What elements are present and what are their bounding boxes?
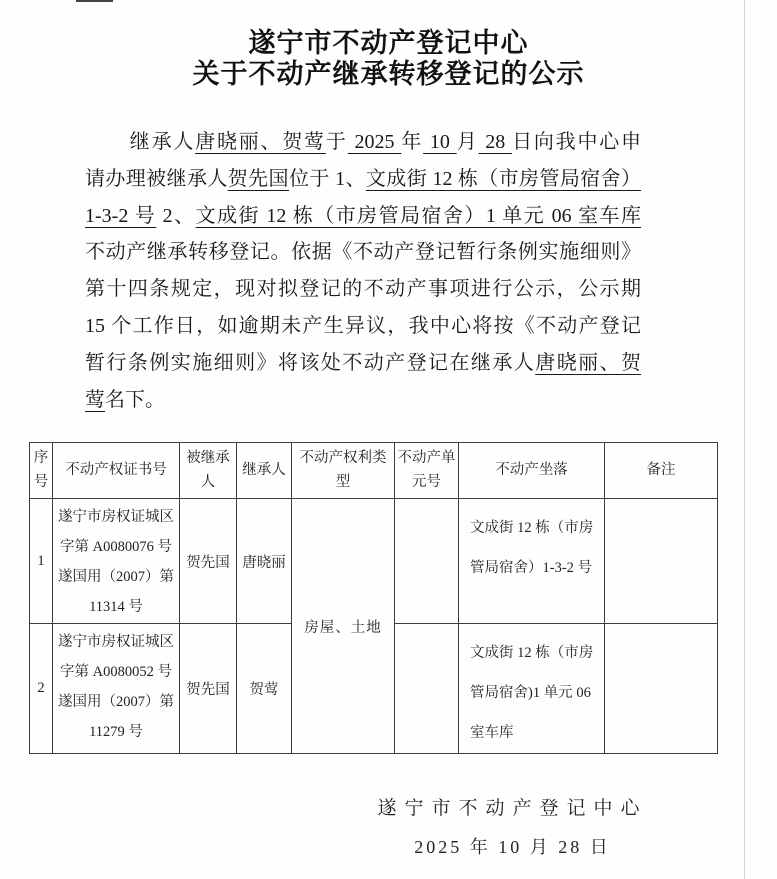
signature-organization: 遂宁市不动产登记中心 xyxy=(300,796,725,822)
title-line-2: 关于不动产继承转移登记的公示 xyxy=(0,59,777,90)
cell-heir: 唐晓丽 xyxy=(237,499,292,624)
certificate-line: 遂国用（2007）第 xyxy=(53,562,179,592)
signature-date: 2025 年 10 月 28 日 xyxy=(300,833,725,859)
table-header-row: 序号 不动产权证书号 被继承人 继承人 不动产权利类型 不动产单元号 不动产坐落… xyxy=(30,443,718,499)
text-segment: 于 xyxy=(326,131,348,153)
header-serial-no: 序号 xyxy=(30,443,53,499)
location-line: 室车库 xyxy=(470,713,600,753)
cell-certificate-no: 遂宁市房权证城区 字第 A0080076 号 遂国用（2007）第 11314 … xyxy=(53,499,180,624)
location-line: 文成街 12 栋（市房 xyxy=(470,508,600,548)
underlined-month: 10 xyxy=(423,131,457,153)
cell-heir: 贺莺 xyxy=(237,624,292,754)
text-segment: 继承人 xyxy=(128,131,195,153)
cell-remark xyxy=(605,624,718,754)
scan-artifact-fold-line xyxy=(744,0,745,879)
cell-unit-no xyxy=(395,624,459,754)
cell-remark xyxy=(605,499,718,624)
header-decedent: 被继承人 xyxy=(180,443,237,499)
underlined-heir-names: 唐晓丽、贺莺 xyxy=(195,131,326,153)
paragraph-line-8: 莺名下。 xyxy=(85,382,641,419)
title-line-1: 遂宁市不动产登记中心 xyxy=(0,28,777,59)
location-line: 管局宿舍）1-3-2 号 xyxy=(470,548,600,588)
underlined-day: 28 xyxy=(479,131,513,153)
cell-decedent: 贺先国 xyxy=(180,624,237,754)
cell-serial-no: 2 xyxy=(30,624,53,754)
paragraph-line-2: 请办理被继承人贺先国位于 1、文成街 12 栋（市房管局宿舍） xyxy=(85,161,641,198)
paragraph-line-6: 15 个工作日，如逾期未产生异议，我中心将按《不动产登记 xyxy=(85,308,641,345)
text-segment: 2、 xyxy=(156,205,195,227)
header-location: 不动产坐落 xyxy=(459,443,605,499)
document-title: 遂宁市不动产登记中心 关于不动产继承转移登记的公示 xyxy=(0,28,777,90)
certificate-line: 字第 A0080076 号 xyxy=(53,532,179,562)
table-row: 1 遂宁市房权证城区 字第 A0080076 号 遂国用（2007）第 1131… xyxy=(30,499,718,624)
header-heir: 继承人 xyxy=(237,443,292,499)
certificate-line: 11279 号 xyxy=(53,717,179,747)
location-line: 文成街 12 栋（市房 xyxy=(470,633,600,673)
cell-unit-no xyxy=(395,499,459,624)
text-segment: 第十四条规定，现对拟登记的不动产事项进行公示，公示期 xyxy=(85,278,641,300)
certificate-line: 11314 号 xyxy=(53,592,179,622)
cell-location: 文成街 12 栋（市房 管局宿舍）1-3-2 号 xyxy=(459,499,605,624)
underlined-heir-names-2: 唐晓丽、贺 xyxy=(535,352,641,374)
certificate-line: 字第 A0080052 号 xyxy=(53,657,179,687)
text-segment: 暂行条例实施细则》将该处不动产登记在继承人 xyxy=(85,352,535,374)
paragraph-line-3: 1-3-2 号 2、文成街 12 栋（市房管局宿舍）1 单元 06 室车库 xyxy=(85,198,641,235)
notice-paragraph: 继承人唐晓丽、贺莺于 2025 年 10 月 28 日向我中心申 请办理被继承人… xyxy=(85,124,641,418)
paragraph-line-4: 不动产继承转移登记。依据《不动产登记暂行条例实施细则》 xyxy=(85,234,641,271)
header-certificate-no: 不动产权证书号 xyxy=(53,443,180,499)
text-segment: 月 xyxy=(457,131,479,153)
location-line: 管局宿舍)1 单元 06 xyxy=(470,673,600,713)
text-segment: 日向我中心申 xyxy=(512,131,641,153)
text-segment: 不动产继承转移登记。依据《不动产登记暂行条例实施细则》 xyxy=(85,241,641,263)
paragraph-line-5: 第十四条规定，现对拟登记的不动产事项进行公示，公示期 xyxy=(85,271,641,308)
text-segment: 名下。 xyxy=(105,389,165,411)
certificate-line: 遂宁市房权证城区 xyxy=(53,502,179,532)
header-right-type: 不动产权利类型 xyxy=(292,443,395,499)
underlined-decedent-name: 贺先国 xyxy=(228,168,289,190)
cell-certificate-no: 遂宁市房权证城区 字第 A0080052 号 遂国用（2007）第 11279 … xyxy=(53,624,180,754)
header-unit-no: 不动产单元号 xyxy=(395,443,459,499)
text-segment: 请办理被继承人 xyxy=(85,168,228,190)
certificate-line: 遂国用（2007）第 xyxy=(53,687,179,717)
underlined-heir-names-2-cont: 莺 xyxy=(85,389,105,411)
underlined-year: 2025 xyxy=(348,131,402,153)
registration-table: 序号 不动产权证书号 被继承人 继承人 不动产权利类型 不动产单元号 不动产坐落… xyxy=(29,442,718,754)
notice-document-page: 遂宁市不动产登记中心 关于不动产继承转移登记的公示 继承人唐晓丽、贺莺于 202… xyxy=(0,0,777,879)
certificate-line: 遂宁市房权证城区 xyxy=(53,627,179,657)
underlined-property-1-cont: 1-3-2 号 xyxy=(85,205,156,227)
underlined-property-1: 文成街 12 栋（市房管局宿舍） xyxy=(366,168,641,190)
header-remark: 备注 xyxy=(605,443,718,499)
text-segment: 15 个工作日，如逾期未产生异议，我中心将按《不动产登记 xyxy=(85,315,641,337)
paragraph-line-7: 暂行条例实施细则》将该处不动产登记在继承人唐晓丽、贺 xyxy=(85,345,641,382)
cell-location: 文成街 12 栋（市房 管局宿舍)1 单元 06 室车库 xyxy=(459,624,605,754)
underlined-property-2: 文成街 12 栋（市房管局宿舍）1 单元 06 室车库 xyxy=(196,205,641,227)
text-segment: 位于 1、 xyxy=(289,168,366,190)
signature-block: 遂宁市不动产登记中心 2025 年 10 月 28 日 xyxy=(300,796,725,859)
text-segment: 年 xyxy=(401,131,423,153)
scan-artifact-top-line xyxy=(76,0,113,2)
cell-decedent: 贺先国 xyxy=(180,499,237,624)
cell-right-type-merged: 房屋、土地 xyxy=(292,499,395,754)
paragraph-line-1: 继承人唐晓丽、贺莺于 2025 年 10 月 28 日向我中心申 xyxy=(85,124,641,161)
cell-serial-no: 1 xyxy=(30,499,53,624)
